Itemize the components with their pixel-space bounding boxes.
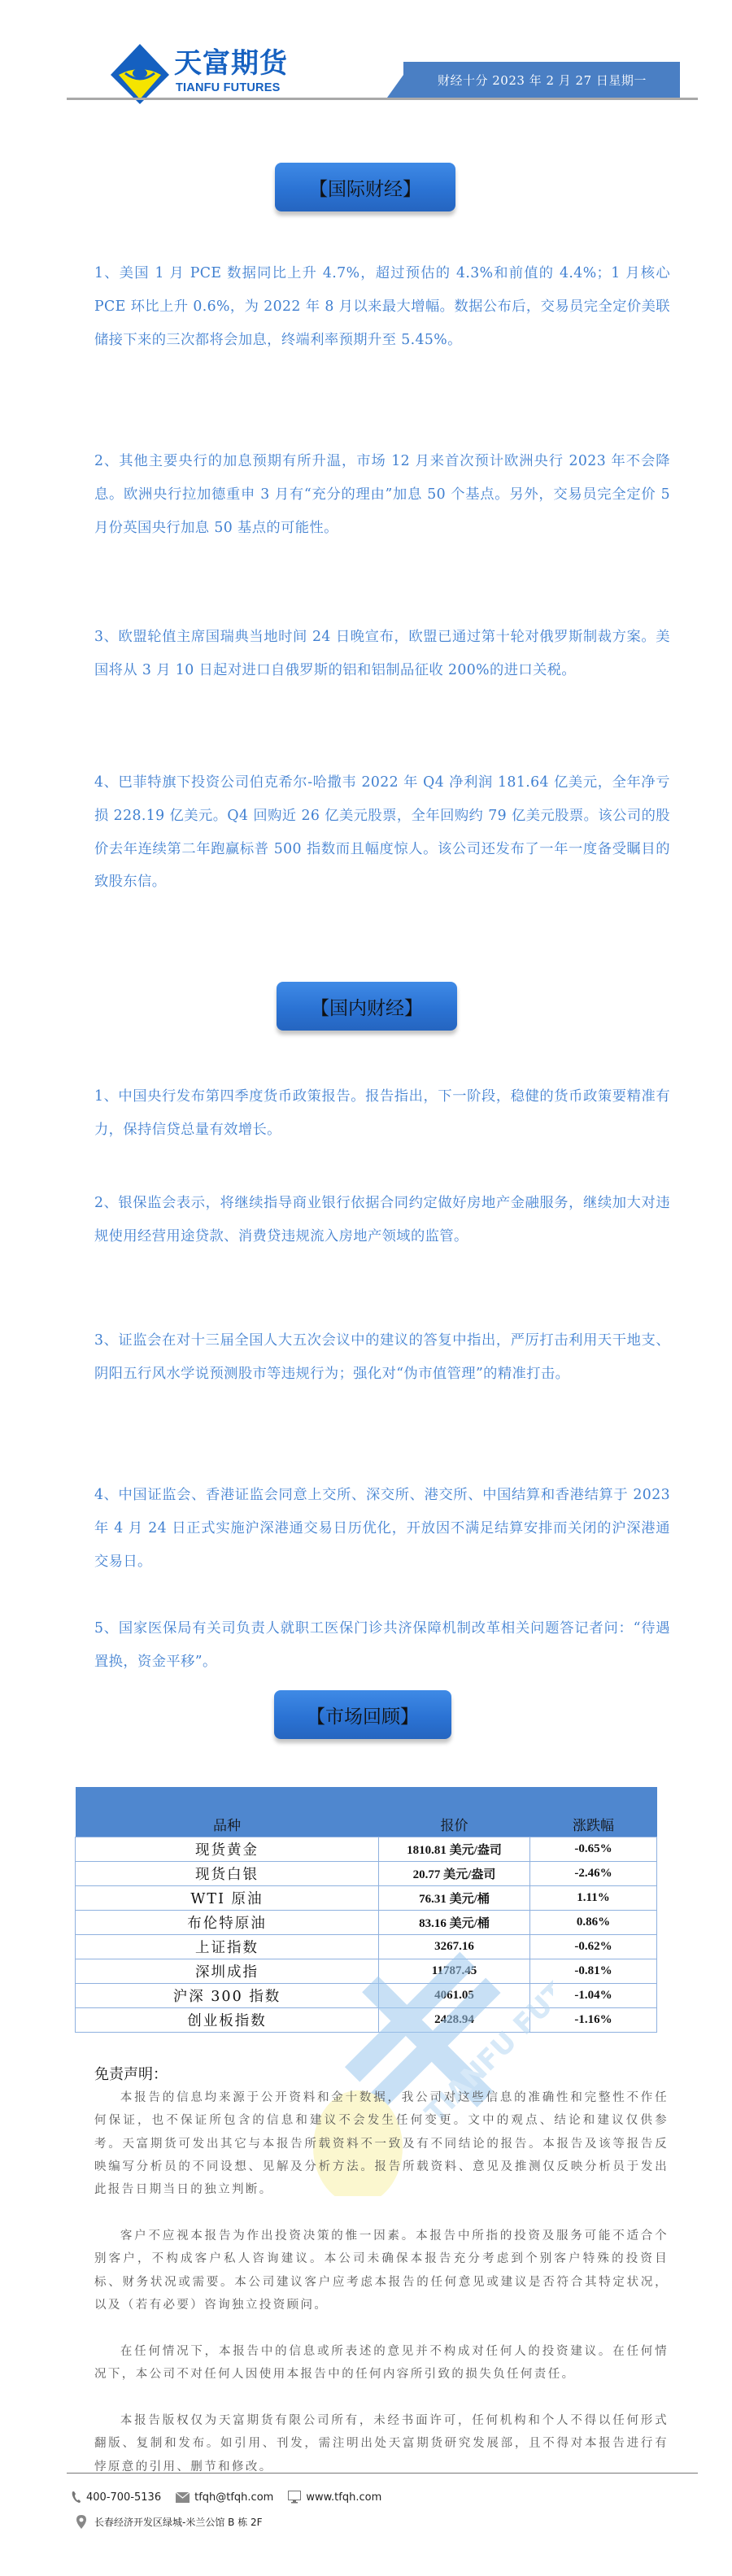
table-row: 上证指数 3267.16 -0.62% <box>76 1935 657 1959</box>
address-text: 长春经济开发区绿城-米兰公馆 B 栋 2F <box>94 2515 263 2529</box>
monitor-icon <box>288 2491 301 2504</box>
disclaimer-paragraph-4: 本报告版权仅为天富期货有限公司所有，未经书面许可，任何机构和个人不得以任何形式翻… <box>94 2409 669 2478</box>
instrument-name: WTI 原油 <box>76 1886 379 1911</box>
logo-chinese-name: 天富期货 <box>174 47 288 80</box>
column-header-instrument: 品种 <box>76 1787 379 1837</box>
section-title-international: 【国际财经】 <box>275 163 455 211</box>
instrument-change: -0.81% <box>530 1959 657 1984</box>
table-row: WTI 原油 76.31 美元/桶 1.11% <box>76 1886 657 1911</box>
intl-news-item-4: 4、巴菲特旗下投资公司伯克希尔-哈撒韦 2022 年 Q4 净利润 181.64… <box>94 766 670 899</box>
instrument-price: 76.31 美元/桶 <box>379 1886 530 1911</box>
instrument-price: 20.77 美元/盎司 <box>379 1862 530 1886</box>
disclaimer-title: 免责声明： <box>94 2063 168 2084</box>
instrument-change: -1.16% <box>530 2008 657 2033</box>
contact-info: 400-700-5136 tfqh@tfqh.com www.tfqh.com <box>72 2491 396 2504</box>
market-review-table: 品种 报价 涨跌幅 现货黄金 1810.81 美元/盎司 -0.65% 现货白银… <box>75 1787 657 2033</box>
table-row: 沪深 300 指数 4061.05 -1.04% <box>76 1984 657 2008</box>
footer-divider <box>67 2473 698 2474</box>
contact-website: www.tfqh.com <box>288 2491 381 2504</box>
section-title-domestic: 【国内财经】 <box>277 982 457 1031</box>
instrument-change: 1.11% <box>530 1886 657 1911</box>
instrument-name: 沪深 300 指数 <box>76 1984 379 2008</box>
instrument-price: 1810.81 美元/盎司 <box>379 1837 530 1862</box>
contact-address: 长春经济开发区绿城-米兰公馆 B 栋 2F <box>76 2515 263 2529</box>
instrument-change: -1.04% <box>530 1984 657 2008</box>
domestic-news-item-3: 3、证监会在对十三届全国人大五次会议中的建议的答复中指出，严厉打击利用天干地支、… <box>94 1324 670 1391</box>
table-row: 现货白银 20.77 美元/盎司 -2.46% <box>76 1862 657 1886</box>
instrument-name: 现货黄金 <box>76 1837 379 1862</box>
table-row: 现货黄金 1810.81 美元/盎司 -0.65% <box>76 1837 657 1862</box>
contact-phone: 400-700-5136 <box>72 2491 161 2504</box>
instrument-change: -0.62% <box>530 1935 657 1959</box>
section-title-market-review: 【市场回顾】 <box>274 1690 451 1739</box>
phone-icon <box>72 2491 81 2504</box>
disclaimer-paragraph-3: 在任何情况下，本报告中的信息或所表述的意见并不构成对任何人的投资建议。在任何情况… <box>94 2340 669 2386</box>
domestic-news-item-4: 4、中国证监会、香港证监会同意上交所、深交所、港交所、中国结算和香港结算于 20… <box>94 1479 670 1578</box>
report-date: 财经十分 2023 年 2 月 27 日星期一 <box>438 72 647 89</box>
phone-number: 400-700-5136 <box>86 2491 161 2504</box>
instrument-name: 深圳成指 <box>76 1959 379 1984</box>
instrument-change: -0.65% <box>530 1837 657 1862</box>
instrument-price: 3267.16 <box>379 1935 530 1959</box>
disclaimer-paragraph-1: 本报告的信息均来源于公开资料和金十数据，我公司对这些信息的准确性和完整性不作任何… <box>94 2086 669 2201</box>
instrument-name: 布伦特原油 <box>76 1911 379 1935</box>
instrument-price: 83.16 美元/桶 <box>379 1911 530 1935</box>
column-header-change: 涨跌幅 <box>530 1787 657 1837</box>
table-row: 创业板指数 2428.94 -1.16% <box>76 2008 657 2033</box>
instrument-price: 2428.94 <box>379 2008 530 2033</box>
instrument-change: -2.46% <box>530 1862 657 1886</box>
instrument-name: 上证指数 <box>76 1935 379 1959</box>
email-address[interactable]: tfqh@tfqh.com <box>194 2491 273 2504</box>
domestic-news-item-2: 2、银保监会表示，将继续指导商业银行依据合同约定做好房地产金融服务，继续加大对违… <box>94 1187 670 1253</box>
tianfu-diamond-logo-icon <box>109 42 171 104</box>
contact-email: tfqh@tfqh.com <box>176 2491 273 2504</box>
table-header-row: 品种 报价 涨跌幅 <box>76 1787 657 1837</box>
intl-news-item-2: 2、其他主要央行的加息预期有所升温，市场 12 月来首次预计欧洲央行 2023 … <box>94 445 670 544</box>
table-row: 深圳成指 11787.45 -0.81% <box>76 1959 657 1984</box>
website-url[interactable]: www.tfqh.com <box>306 2491 381 2504</box>
location-pin-icon <box>76 2515 86 2529</box>
column-header-price: 报价 <box>379 1787 530 1837</box>
instrument-price: 4061.05 <box>379 1984 530 2008</box>
domestic-news-item-5: 5、国家医保局有关司负责人就职工医保门诊共济保障机制改革相关问题答记者问：“待遇… <box>94 1612 670 1679</box>
intl-news-item-3: 3、欧盟轮值主席国瑞典当地时间 24 日晚宣布，欧盟已通过第十轮对俄罗斯制裁方案… <box>94 621 670 687</box>
domestic-news-item-1: 1、中国央行发布第四季度货币政策报告。报告指出，下一阶段，稳健的货币政策要精准有… <box>94 1080 670 1147</box>
mail-icon <box>176 2492 190 2503</box>
disclaimer-paragraph-2: 客户不应视本报告为作出投资决策的惟一因素。本报告中所指的投资及服务可能不适合个别… <box>94 2225 669 2317</box>
header-divider <box>67 98 698 100</box>
company-logo: 天富期货 TIANFU FUTURES <box>109 42 296 104</box>
instrument-price: 11787.45 <box>379 1959 530 1984</box>
logo-english-name: TIANFU FUTURES <box>176 81 280 94</box>
instrument-name: 现货白银 <box>76 1862 379 1886</box>
table-row: 布伦特原油 83.16 美元/桶 0.86% <box>76 1911 657 1935</box>
intl-news-item-1: 1、美国 1 月 PCE 数据同比上升 4.7%，超过预估的 4.3%和前值的 … <box>94 257 670 356</box>
instrument-change: 0.86% <box>530 1911 657 1935</box>
instrument-name: 创业板指数 <box>76 2008 379 2033</box>
